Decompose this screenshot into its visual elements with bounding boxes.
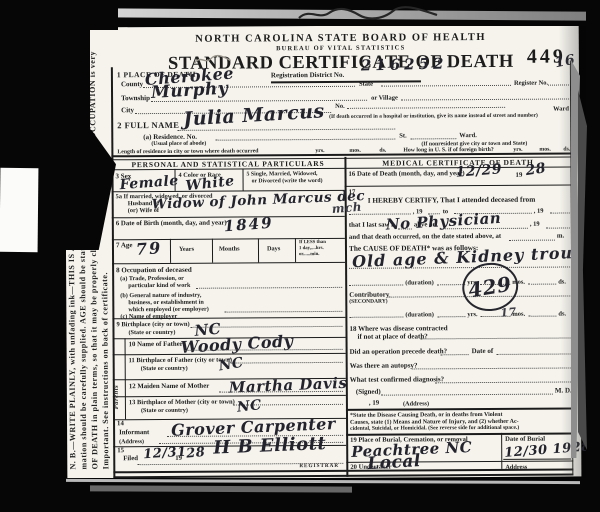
dotted-fill-line bbox=[435, 381, 571, 383]
filed-year-value: 28 bbox=[186, 446, 206, 461]
registration-district-value: 216252 bbox=[361, 56, 448, 73]
death-occurred-label: and that death occurred, on the date sta… bbox=[349, 234, 501, 242]
register-no-label: Register No. bbox=[514, 81, 548, 88]
age-value: 79 bbox=[136, 240, 163, 258]
film-left-band bbox=[0, 0, 66, 512]
secondary-code-value: 17 bbox=[500, 306, 517, 318]
dotted-fill-line bbox=[528, 316, 556, 317]
township-value: Murphy bbox=[151, 81, 229, 102]
mother-name-label: 12 Maiden Name of Mother bbox=[129, 384, 209, 391]
dotted-fill-line bbox=[177, 129, 395, 131]
hospital-note: (If death occurred in a hospital or inst… bbox=[329, 114, 538, 121]
operation-date-label: Date of bbox=[472, 348, 494, 355]
informant-label: Informant bbox=[119, 430, 149, 437]
secondary-label: (SECONDARY) bbox=[349, 300, 387, 306]
rule-line bbox=[170, 239, 171, 263]
item-17-number: 17 bbox=[349, 190, 356, 197]
dotted-fill-line bbox=[497, 353, 571, 354]
filed-label: Filed bbox=[123, 456, 138, 463]
dotted-fill-line bbox=[215, 139, 395, 141]
dotted-fill-line bbox=[349, 317, 403, 318]
parents-side-label: Parents bbox=[111, 357, 124, 409]
board-title: NORTH CAROLINA STATE BOARD OF HEALTH bbox=[131, 33, 551, 46]
date-of-birth-label: 6 Date of Birth (month, day, and year) bbox=[116, 221, 227, 228]
year-19-label: , 19 bbox=[534, 209, 544, 216]
registration-district-label: Registration District No. bbox=[271, 72, 344, 79]
dotted-fill-line bbox=[151, 100, 367, 102]
dod-year-value: 28 bbox=[525, 161, 547, 178]
full-name-label: 2 FULL NAME bbox=[117, 121, 179, 130]
dotted-fill-line bbox=[437, 284, 465, 285]
state-or-country-label: (State or country) bbox=[128, 330, 175, 336]
signature-address-label: (Address) bbox=[403, 401, 429, 407]
dotted-fill-line bbox=[412, 367, 571, 369]
full-name-value: Julia Marcus bbox=[183, 102, 325, 129]
if-less-label3: or......min. bbox=[299, 253, 320, 258]
no-physician-value: No Physician bbox=[385, 211, 501, 233]
parents-label-text: Parents bbox=[111, 357, 122, 409]
filed-number: 15 bbox=[117, 448, 124, 455]
yrs-label: yrs. bbox=[467, 312, 477, 319]
film-right-band bbox=[586, 0, 600, 512]
certify-statement: I HEREBY CERTIFY, That I attended deceas… bbox=[368, 196, 536, 204]
dotted-fill-line bbox=[437, 316, 465, 317]
occupation-c-label: (c) Name of employer bbox=[120, 314, 177, 321]
marital-label2: or Divorced (write the word) bbox=[252, 179, 323, 185]
registrar-label: REGISTRAR bbox=[299, 464, 339, 469]
filed-year-prefix: 19 bbox=[175, 456, 182, 463]
disease-contracted-label2: if not at place of death? bbox=[358, 333, 428, 340]
dotted-fill-line bbox=[231, 362, 343, 364]
dotted-fill-line bbox=[349, 266, 570, 268]
years-column-label: Years bbox=[179, 247, 194, 253]
footnote-line3: cidental, Suicidal, or Homicidal. (See r… bbox=[350, 426, 519, 433]
mother-birthplace-value: NC bbox=[236, 398, 262, 415]
rule-line bbox=[501, 461, 502, 469]
white-patch bbox=[0, 168, 38, 252]
rule-line bbox=[212, 239, 213, 263]
dotted-fill-line bbox=[381, 85, 511, 87]
age-label: 7 Age bbox=[116, 242, 133, 249]
informant-address-label: (Address) bbox=[119, 439, 144, 445]
dotted-fill-line bbox=[528, 284, 556, 285]
dod-year-prefix: 19 bbox=[516, 173, 523, 180]
undertaker-address-label: Address bbox=[505, 465, 527, 471]
dotted-fill-line bbox=[441, 354, 469, 355]
dotted-fill-line bbox=[347, 107, 505, 109]
dotted-fill-line bbox=[349, 285, 403, 286]
duration-label: (duration) bbox=[405, 312, 434, 319]
dotted-fill-line bbox=[421, 337, 571, 339]
state-or-country-label: (State or country) bbox=[141, 408, 188, 414]
signed-label: (Signed) bbox=[356, 389, 381, 396]
father-name-label: 10 Name of Father bbox=[129, 342, 183, 349]
rule-line bbox=[271, 80, 421, 82]
mother-name-value: Martha Davis bbox=[229, 376, 348, 396]
informant-number: 14 bbox=[117, 421, 124, 428]
rule-line bbox=[295, 238, 296, 262]
rule-line bbox=[345, 184, 572, 186]
rule-line bbox=[258, 238, 259, 262]
occupation-a2-label: particular kind of work bbox=[128, 283, 190, 290]
dotted-fill-line bbox=[509, 240, 555, 241]
margin-note-line: Important. See instructions on back of c… bbox=[98, 29, 112, 469]
township-label: Township bbox=[121, 95, 150, 102]
state-or-country-label: (State or country) bbox=[141, 366, 188, 372]
street-no-label: No. bbox=[335, 104, 345, 111]
autopsy-label: Was there an autopsy? bbox=[350, 362, 418, 369]
operation-label: Did an operation precede death? bbox=[350, 348, 448, 356]
residence-ward-label: Ward. bbox=[459, 133, 477, 140]
st-label: St. bbox=[399, 133, 406, 140]
state-label: State bbox=[359, 82, 373, 89]
months-column-label: Months bbox=[219, 247, 240, 253]
film-scrawl bbox=[295, 4, 445, 24]
dotted-fill-line bbox=[401, 98, 569, 100]
rule-line bbox=[242, 168, 243, 190]
cause-code-value: 429 bbox=[467, 274, 513, 301]
rule-line bbox=[111, 67, 115, 478]
rule-line bbox=[346, 407, 573, 410]
dotted-fill-line bbox=[224, 311, 342, 313]
date-of-birth-value: 1849 bbox=[223, 216, 274, 235]
abode-note: (Usual place of abode) bbox=[151, 142, 206, 148]
county-label: County bbox=[121, 81, 143, 88]
test-confirmed-label: What test confirmed diagnosis? bbox=[350, 376, 444, 384]
mother-birthplace-label: 13 Birthplace of Mother (city or town) bbox=[129, 400, 235, 407]
registrar-signature: H B Elliott bbox=[213, 435, 327, 458]
dotted-fill-line bbox=[381, 394, 553, 396]
birthplace-label: 9 Birthplace (city or town) bbox=[116, 322, 189, 329]
date-of-death-label: 16 Date of Death (month, day, and year) bbox=[349, 171, 465, 179]
dotted-fill-line bbox=[410, 138, 456, 139]
signature-year-label: , 19 bbox=[369, 401, 379, 408]
scanned-death-certificate: N. B.—WRITE PLAINLY, with unfading ink—T… bbox=[0, 0, 600, 512]
footnote-line1: *State the Disease Causing Death, or in … bbox=[350, 412, 502, 419]
certificate-paper: N. B.—WRITE PLAINLY, with unfading ink—T… bbox=[65, 24, 582, 479]
undertaker-value: Local bbox=[367, 453, 422, 473]
sex-value: Female bbox=[119, 174, 179, 192]
days-column-label: Days bbox=[267, 246, 280, 252]
date-of-death-value: 12/29 bbox=[455, 162, 503, 179]
father-birthplace-value: NC bbox=[218, 356, 245, 374]
rule-line bbox=[501, 433, 502, 461]
pencil-scrawl bbox=[193, 53, 233, 67]
dotted-fill-line bbox=[196, 287, 342, 289]
rule-line bbox=[112, 262, 345, 264]
duration-label: (duration) bbox=[405, 280, 434, 287]
occupation-label: 8 Occupation of deceased bbox=[116, 267, 192, 274]
year-19-label: , 19 bbox=[530, 222, 540, 229]
city-label: City bbox=[121, 107, 134, 114]
village-label: or Village bbox=[371, 96, 398, 103]
